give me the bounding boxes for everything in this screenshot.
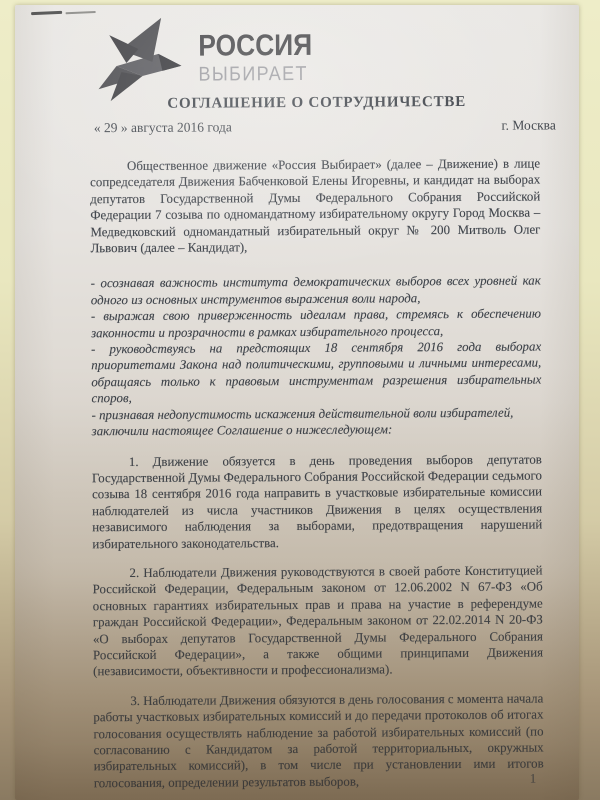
- clause-3: 3. Наблюдатели Движения обязуются в день…: [93, 690, 544, 791]
- logo-wordmark: РОССИЯ ВЫБИРАЕТ: [198, 15, 328, 85]
- logo-brand-name: РОССИЯ: [198, 31, 312, 62]
- photo-background: РОССИЯ ВЫБИРАЕТ СОГЛАШЕНИЕ О СОТРУДНИЧЕС…: [0, 0, 600, 800]
- origami-dove-icon: [96, 16, 189, 103]
- document-body: Общественное движение «Россия Выбирает» …: [90, 156, 544, 800]
- logo-brand-tagline: ВЫБИРАЕТ: [198, 64, 315, 85]
- preamble-clauses: - осознавая важность института демократи…: [91, 273, 542, 440]
- preamble-clause: - осознавая важность института демократи…: [91, 273, 541, 309]
- logo: РОССИЯ ВЫБИРАЕТ: [96, 15, 328, 102]
- page-number: 1: [530, 771, 537, 787]
- document-title: СОГЛАШЕНИЕ О СОТРУДНИЧЕСТВЕ: [92, 94, 542, 114]
- preamble-clause: - выражая свою приверженность идеалам пр…: [91, 306, 541, 342]
- intro-paragraph: Общественное движение «Россия Выбирает» …: [90, 156, 541, 257]
- clause-1: 1. Движение обязуется в день проведения …: [92, 451, 543, 552]
- document-page: РОССИЯ ВЫБИРАЕТ СОГЛАШЕНИЕ О СОТРУДНИЧЕС…: [15, 5, 579, 800]
- document-content: РОССИЯ ВЫБИРАЕТ СОГЛАШЕНИЕ О СОТРУДНИЧЕС…: [15, 5, 579, 800]
- document-date: « 29 » августа 2016 года: [94, 119, 232, 136]
- document-city: г. Москва: [501, 117, 555, 133]
- date-city-row: « 29 » августа 2016 года г. Москва: [94, 117, 556, 136]
- staple-mark: [31, 11, 62, 15]
- preamble-conclusion: заключили настоящее Соглашение о нижесле…: [92, 421, 542, 440]
- clause-2: 2. Наблюдатели Движения руководствуются …: [92, 562, 543, 680]
- preamble-clause: - руководствуясь на предстоящих 18 сентя…: [91, 339, 541, 407]
- preamble-clause: - признавая недопустимость искажения дей…: [92, 404, 542, 423]
